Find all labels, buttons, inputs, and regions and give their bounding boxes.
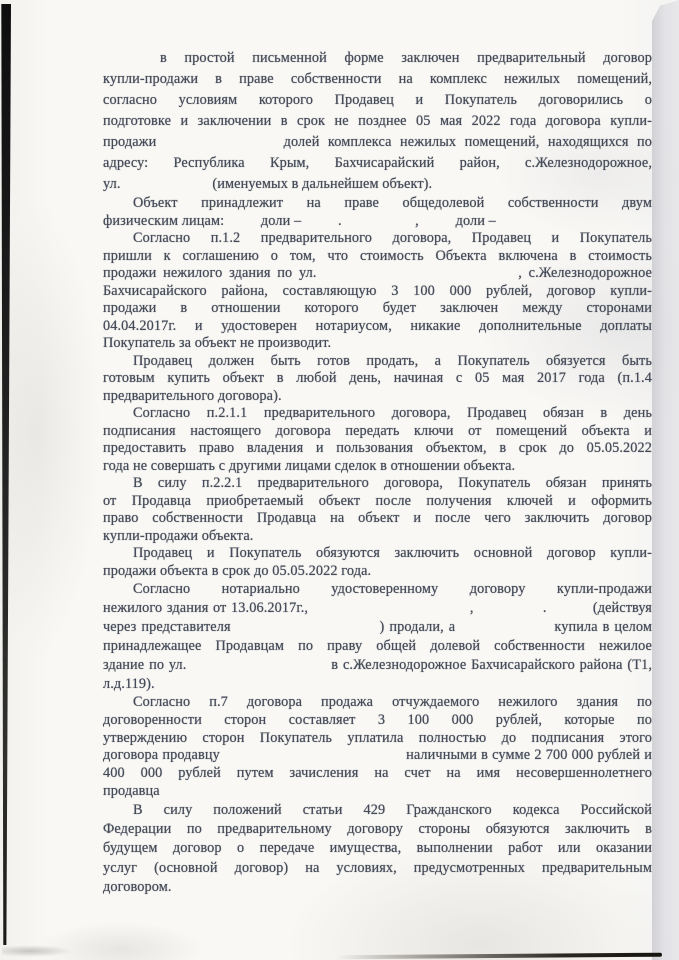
text-line: предварительного договора). (103, 388, 652, 406)
text-line: Объект принадлежит на праве общедолевой … (103, 195, 652, 213)
paragraph: Согласно п.7 договора продажа отчуждаемо… (103, 694, 652, 801)
text-line: продавца (103, 783, 652, 801)
text-line: купли-продажи объекта. (103, 528, 652, 546)
paragraph: Объект принадлежит на праве общедолевой … (103, 195, 652, 230)
text-line: подписания настоящего договора передать … (103, 423, 652, 441)
document-text: в простой письменной форме заключен пред… (103, 48, 652, 897)
text-line: договора продавцу наличными в сумме 2 70… (103, 747, 652, 765)
text-line: от Продавца приобретаемый объект после п… (103, 493, 652, 511)
text-line: в простой письменной форме заключен пред… (103, 48, 652, 69)
paragraph: в простой письменной форме заключен пред… (103, 48, 652, 195)
text-line: адресу: Республика Крым, Бахчисарайский … (103, 153, 652, 174)
scan-smudge-bottom-right (336, 953, 662, 960)
paragraph: Согласно п.2.1.1 предварительного догово… (103, 405, 652, 475)
text-line: Бахчисарайского района, составляющую 3 1… (103, 283, 652, 301)
text-line: 400 000 рублей путем зачисления на счет … (103, 765, 652, 783)
text-line: ул. (именуемых в дальнейшем объект). (103, 174, 652, 195)
scan-binding-edge-left (0, 4, 11, 945)
text-line: л.д.119). (103, 675, 652, 694)
scan-shadow-band-right (652, 0, 679, 960)
scan-smudge-bottom-left (2, 945, 72, 957)
text-line: договором. (103, 878, 652, 897)
text-line: Федерации по предварительному договору с… (103, 820, 652, 839)
text-line: Согласно нотариально удостоверенному дог… (103, 580, 652, 599)
text-line: продажи нежилого здания по ул. , с.Желез… (103, 265, 652, 283)
text-line: через представителя ) продали, а купила … (103, 618, 652, 637)
text-line: физическим лицам: доли – . , доли – (103, 213, 652, 231)
text-line: года не совершать с другими лицами сдело… (103, 458, 652, 476)
text-line: Согласно п.7 договора продажа отчуждаемо… (103, 694, 652, 712)
text-line: В силу п.2.2.1 предварительного договора… (103, 475, 652, 493)
text-line: согласно условиям которого Продавец и По… (103, 90, 652, 111)
text-line: пришли к соглашению о том, что стоимость… (103, 248, 652, 266)
text-line: Продавец и Покупатель обязуются заключит… (103, 545, 652, 563)
text-line: здание по ул. в с.Железнодорожное Бахчис… (103, 656, 652, 675)
text-line: подготовке и заключении в срок не поздне… (103, 111, 652, 132)
paragraph: Согласно п.1.2 предварительного договора… (103, 230, 652, 353)
text-line: 04.04.2017г. и удостоверен нотариусом, н… (103, 318, 652, 336)
paragraph: В силу положений статьи 429 Гражданского… (103, 801, 652, 897)
text-line: Согласно п.1.2 предварительного договора… (103, 230, 652, 248)
text-line: предоставить право владения и пользовани… (103, 440, 652, 458)
text-line: нежилого здания от 13.06.2017г., , . (де… (103, 599, 652, 618)
paragraph: Продавец должен быть готов продать, а По… (103, 353, 652, 406)
text-line: право собственности Продавца на объект и… (103, 510, 652, 528)
text-line: утверждению сторон Покупатель уплатила п… (103, 730, 652, 748)
text-line: готовым купить объект в любой день, начи… (103, 370, 652, 388)
paragraph: Согласно нотариально удостоверенному дог… (103, 580, 652, 694)
text-line: продажи долей комплекса нежилых помещени… (103, 132, 652, 153)
text-line: Покупатель за объект не производит. (103, 335, 652, 353)
scanned-document-page: в простой письменной форме заключен пред… (0, 0, 679, 960)
text-line: принадлежащее Продавцам по праву общей д… (103, 637, 652, 656)
text-line: В силу положений статьи 429 Гражданского… (103, 801, 652, 820)
paragraph: В силу п.2.2.1 предварительного договора… (103, 475, 652, 545)
text-line: продажи объекта в срок до 05.05.2022 год… (103, 563, 652, 581)
text-line: Согласно п.2.1.1 предварительного догово… (103, 405, 652, 423)
text-line: купли-продажи в праве собственности на к… (103, 69, 652, 90)
paragraph: Продавец и Покупатель обязуются заключит… (103, 545, 652, 580)
text-line: договоренности сторон составляет 3 100 0… (103, 712, 652, 730)
text-line: Продавец должен быть готов продать, а По… (103, 353, 652, 371)
text-line: продажи в отношении которого будет заклю… (103, 300, 652, 318)
text-line: будущем договор о передаче имущества, вы… (103, 839, 652, 858)
text-line: услуг (основной договор) на условиях, пр… (103, 859, 652, 878)
